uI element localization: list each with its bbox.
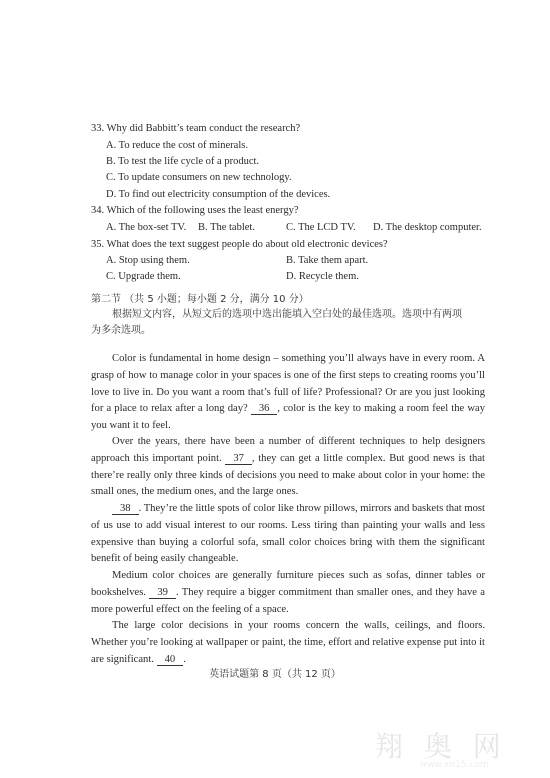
blank-37: 37 — [225, 453, 252, 465]
watermark-url: www.xn15.com — [420, 760, 489, 770]
option-33a: A. To reduce the cost of minerals. — [106, 139, 248, 153]
option-34c: C. The LCD TV. — [286, 221, 356, 235]
watermark-logo: 翔 奥 网 — [375, 725, 507, 765]
option-34b: B. The tablet. — [198, 221, 255, 235]
option-35a: A. Stop using them. — [106, 254, 190, 268]
option-35d: D. Recycle them. — [286, 270, 359, 284]
question-text: Why did Babbitt’s team conduct the resea… — [107, 123, 301, 134]
blank-38: 38 — [112, 503, 139, 515]
blank-39: 39 — [149, 587, 176, 599]
question-33: 33. Why did Babbitt’s team conduct the r… — [91, 122, 300, 136]
passage-paragraph-2: Over the years, there have been a number… — [91, 434, 485, 501]
page-footer: 英语试题第 8 页（共 12 页） — [0, 665, 550, 680]
question-text: Which of the following uses the least en… — [107, 205, 299, 216]
section-heading: 第二节 （共 5 小题；每小题 2 分，满分 10 分） — [91, 293, 309, 307]
passage-paragraph-5: The large color decisions in your rooms … — [91, 618, 485, 668]
section-instruction-cont: 为多余选项。 — [91, 324, 151, 338]
exam-page: 33. Why did Babbitt’s team conduct the r… — [0, 0, 550, 778]
blank-40: 40 — [157, 654, 184, 666]
option-33d: D. To find out electricity consumption o… — [106, 188, 330, 202]
option-34d: D. The desktop computer. — [373, 221, 482, 235]
option-34a: A. The box-set TV. — [106, 221, 186, 235]
blank-36: 36 — [251, 403, 278, 415]
option-35c: C. Upgrade them. — [106, 270, 181, 284]
question-number: 35. — [91, 239, 104, 250]
question-number: 34. — [91, 205, 104, 216]
passage-paragraph-3: 38. They’re the little spots of color li… — [91, 501, 485, 568]
question-text: What does the text suggest people do abo… — [107, 239, 388, 250]
question-34: 34. Which of the following uses the leas… — [91, 204, 299, 218]
option-33b: B. To test the life cycle of a product. — [106, 155, 259, 169]
option-33c: C. To update consumers on new technology… — [106, 171, 292, 185]
option-35b: B. Take them apart. — [286, 254, 368, 268]
question-number: 33. — [91, 123, 104, 134]
section-instruction: 根据短文内容，从短文后的选项中选出能填入空白处的最佳选项。选项中有两项 — [112, 308, 462, 322]
passage-paragraph-1: Color is fundamental in home design – so… — [91, 351, 485, 435]
passage-paragraph-4: Medium color choices are generally furni… — [91, 568, 485, 618]
question-35: 35. What does the text suggest people do… — [91, 238, 388, 252]
